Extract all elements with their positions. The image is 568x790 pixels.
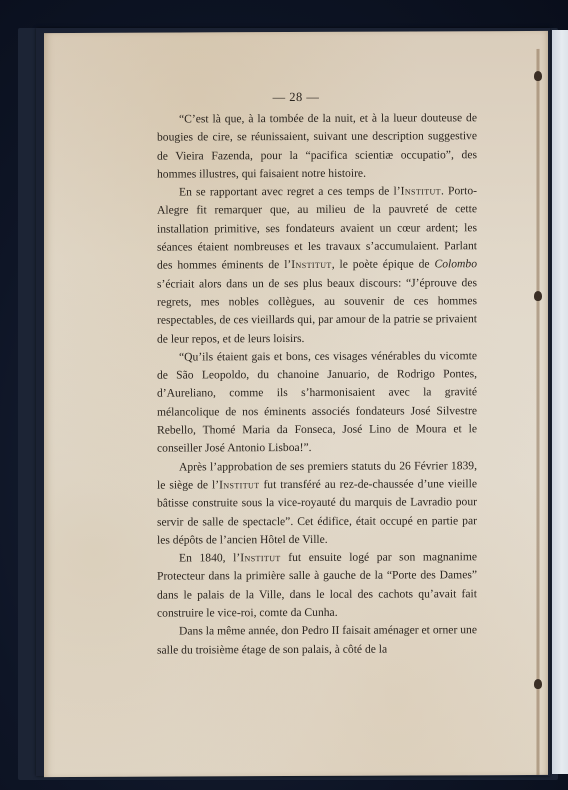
paragraph: Dans la même année, don Pedro II faisait… [157, 622, 477, 660]
institut-small-caps: Institut [240, 551, 280, 564]
page-gutter [536, 49, 540, 775]
text-run: “Qu’ils étaient gais et bons, ces visage… [157, 349, 477, 455]
text-run: s’écriait alors dans un de ses plus beau… [157, 276, 477, 345]
paragraph: Après l’approbation de ses premiers stat… [157, 457, 477, 550]
paragraph: “C’est là que, à la tombée de la nuit, e… [157, 109, 477, 184]
text-run: , le poète épique de [332, 258, 435, 271]
text-run: En 1840, l’ [179, 551, 240, 564]
book-page: — 28 — “C’est là que, à la tombée de la … [44, 31, 548, 777]
text-run: “C’est là que, à la tombée de la nuit, e… [157, 111, 477, 180]
paragraph: En 1840, l’Institut fut ensuite logé par… [157, 548, 477, 623]
facing-page-edge [552, 30, 568, 774]
body-text: “C’est là que, à la tombée de la nuit, e… [157, 109, 477, 659]
binding-thread-mark [534, 71, 542, 81]
paragraph: “Qu’ils étaient gais et bons, ces visage… [157, 347, 477, 458]
page-number: — 28 — [44, 89, 548, 106]
binding-thread-mark [534, 291, 542, 301]
institut-small-caps: Institut [291, 258, 331, 271]
institut-small-caps: Institut [219, 478, 259, 491]
colombo-italic: Colombo [435, 258, 478, 271]
institut-small-caps: Institut [401, 185, 441, 198]
text-run: Dans la même année, don Pedro II faisait… [157, 624, 477, 657]
binding-thread-mark [534, 679, 542, 689]
paragraph: En se rapportant avec regret a ces temps… [157, 182, 477, 348]
text-run: En se rapportant avec regret a ces temps… [179, 185, 401, 199]
